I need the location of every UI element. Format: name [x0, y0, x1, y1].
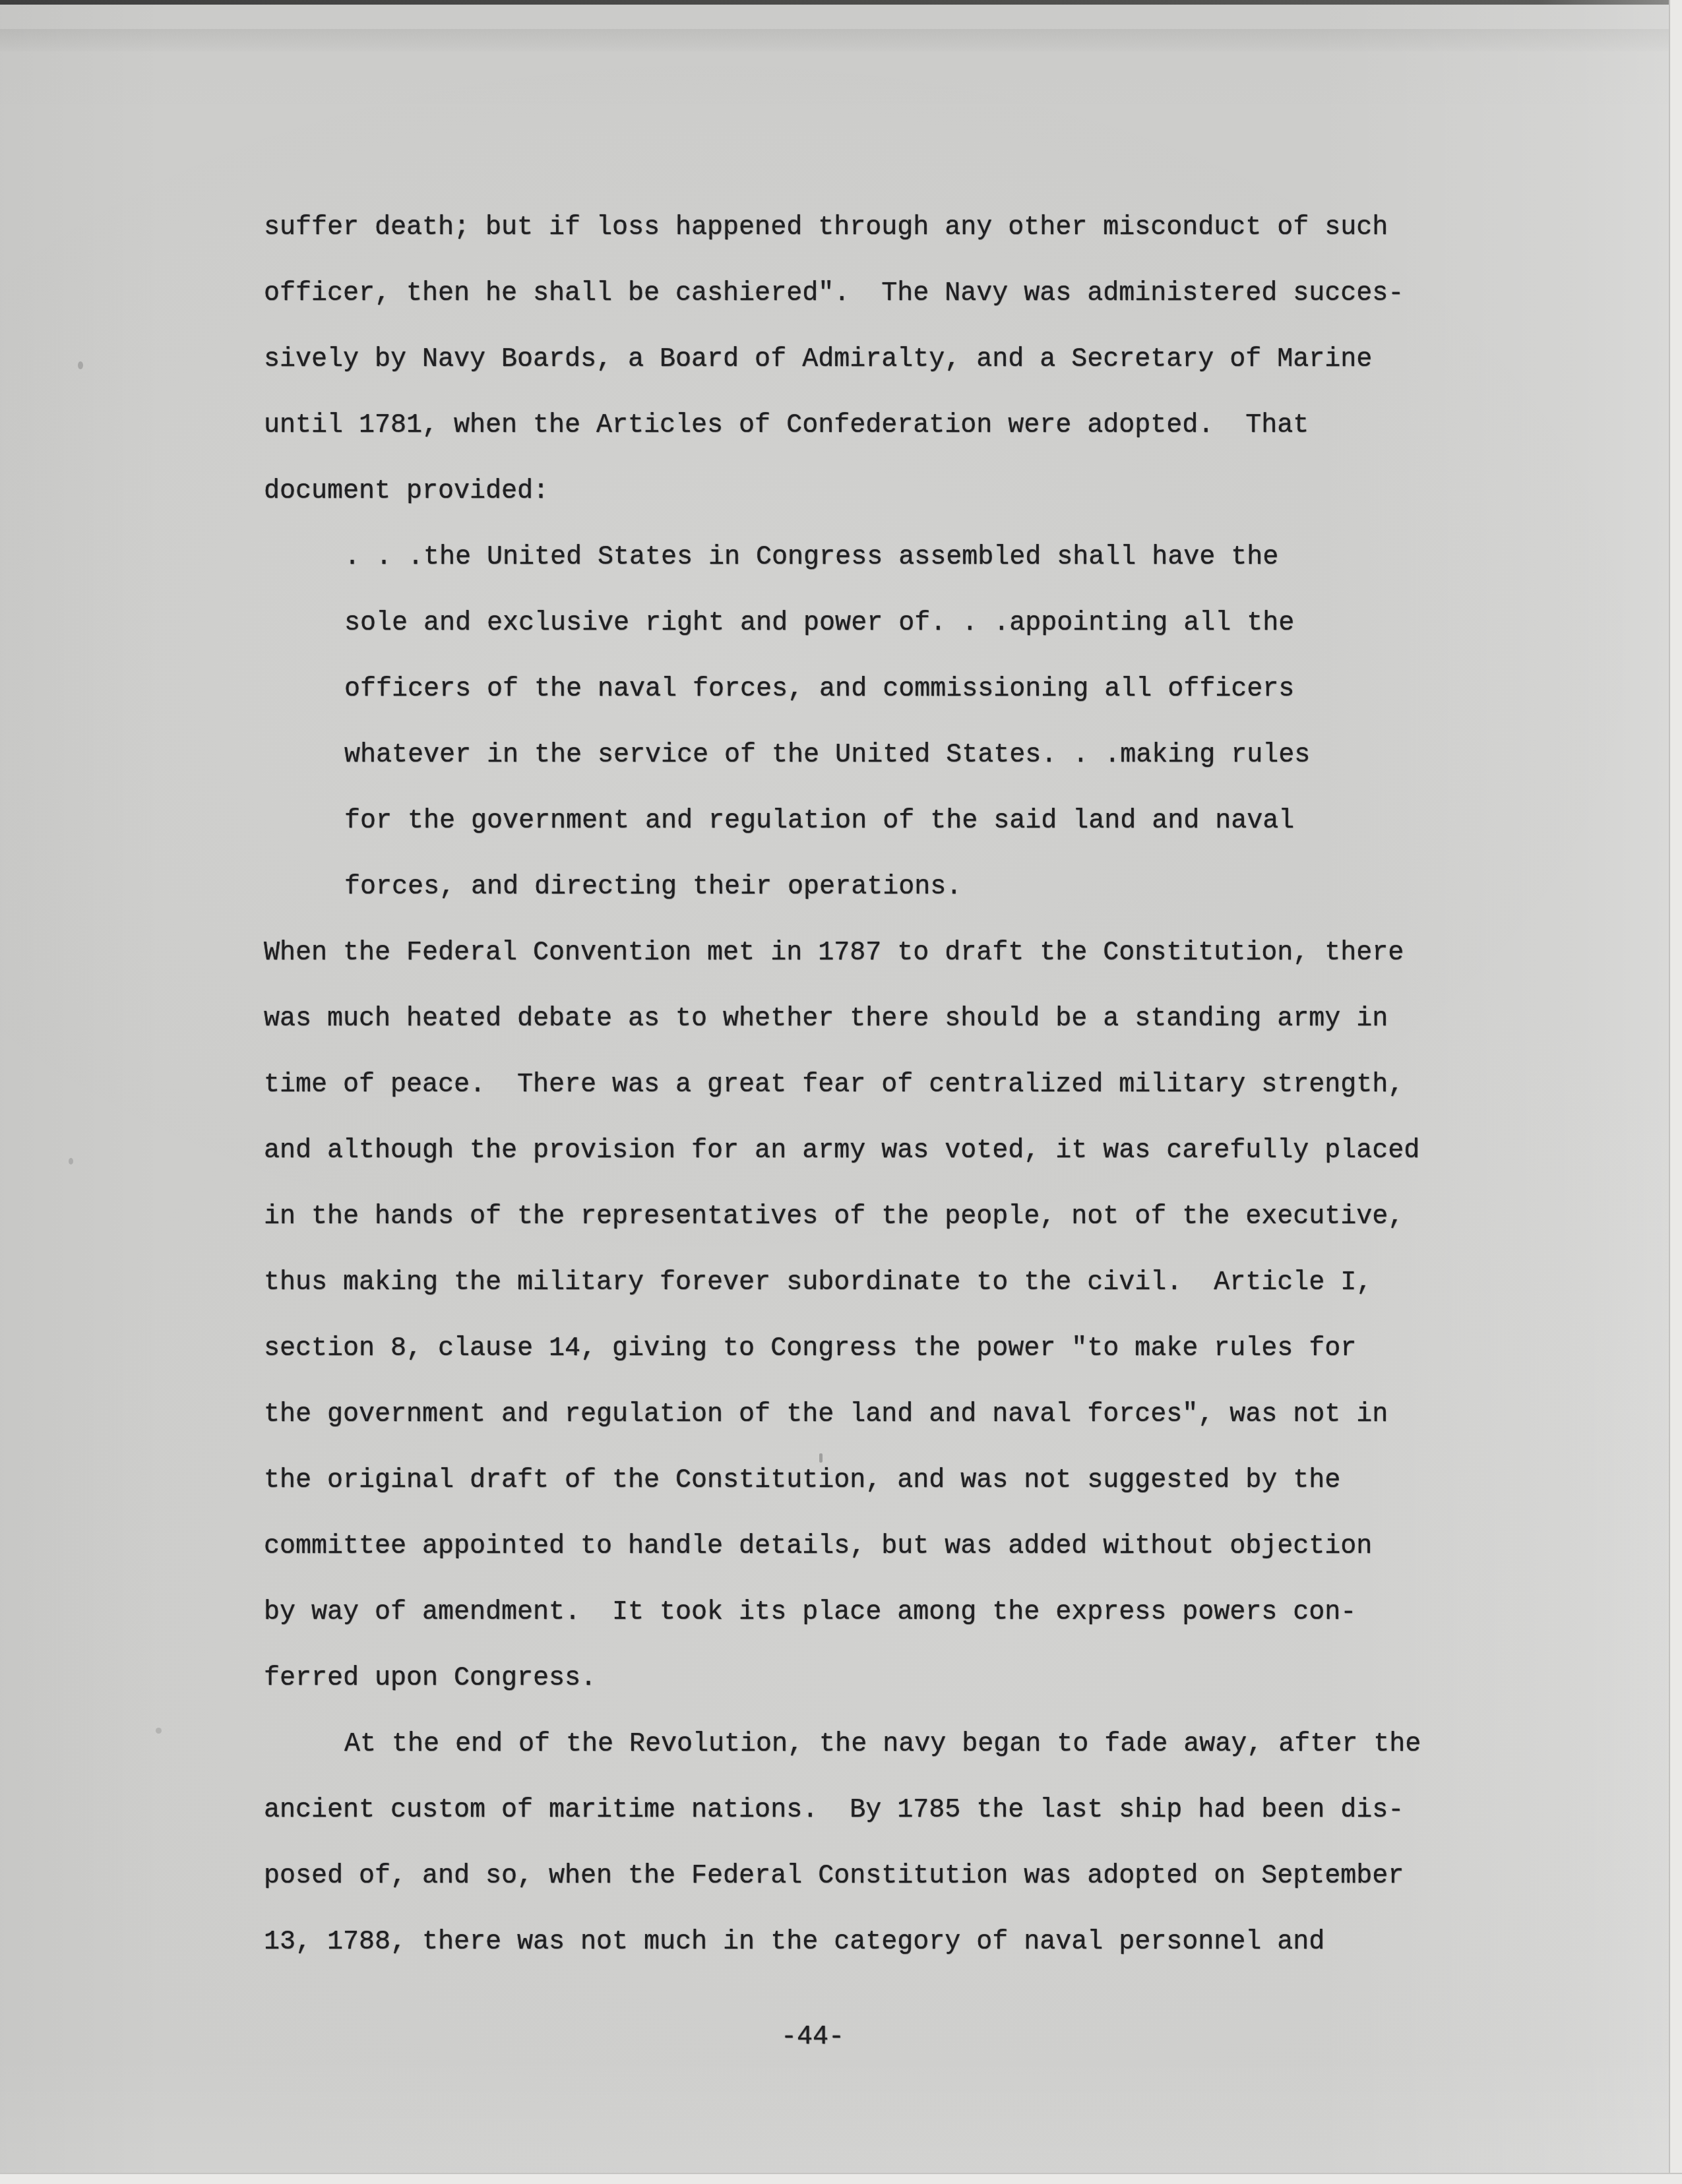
text-line: ancient custom of maritime nations. By 1…: [264, 1778, 1491, 1844]
text-line: and although the provision for an army w…: [264, 1118, 1491, 1184]
text-line: in the hands of the representatives of t…: [264, 1184, 1491, 1250]
text-line: section 8, clause 14, giving to Congress…: [264, 1316, 1491, 1382]
quote-line: . . .the United States in Congress assem…: [344, 525, 1491, 591]
scan-speck: [156, 1728, 162, 1734]
scanned-page: suffer death; but if loss happened throu…: [0, 0, 1682, 2184]
quote-line: for the government and regulation of the…: [344, 789, 1491, 855]
scan-edge-bottom: [0, 2173, 1682, 2184]
paragraph-convention: When the Federal Convention met in 1787 …: [264, 921, 1491, 1712]
text-line: At the end of the Revolution, the navy b…: [264, 1712, 1491, 1778]
text-line: posed of, and so, when the Federal Const…: [264, 1844, 1491, 1910]
text-line: until 1781, when the Articles of Confede…: [264, 393, 1491, 459]
scanner-edge-top: [0, 0, 1671, 5]
quote-line: forces, and directing their operations.: [344, 855, 1491, 921]
scan-speck: [78, 361, 83, 369]
quote-line: officers of the naval forces, and commis…: [344, 657, 1491, 723]
text-line: the government and regulation of the lan…: [264, 1382, 1491, 1448]
scan-edge-right: [1669, 0, 1682, 2184]
paper-shading-band: [0, 29, 1682, 51]
page-number: -44-: [760, 2019, 865, 2056]
text-line: time of peace. There was a great fear of…: [264, 1052, 1491, 1118]
text-line: committee appointed to handle details, b…: [264, 1514, 1491, 1580]
text-line: was much heated debate as to whether the…: [264, 986, 1491, 1052]
typed-text: suffer death; but if loss happened throu…: [264, 195, 1491, 1976]
text-line: the original draft of the Constitution, …: [264, 1448, 1491, 1514]
text-line: officer, then he shall be cashiered". Th…: [264, 261, 1491, 327]
quote-line: whatever in the service of the United St…: [344, 723, 1491, 789]
text-line: When the Federal Convention met in 1787 …: [264, 921, 1491, 986]
block-quote: . . .the United States in Congress assem…: [344, 525, 1491, 921]
text-line: sively by Navy Boards, a Board of Admira…: [264, 327, 1491, 393]
paragraph-revolution-end: At the end of the Revolution, the navy b…: [264, 1712, 1491, 1976]
quote-line: sole and exclusive right and power of. .…: [344, 591, 1491, 657]
text-line: 13, 1788, there was not much in the cate…: [264, 1910, 1491, 1976]
paragraph-continued: suffer death; but if loss happened throu…: [264, 195, 1491, 525]
text-line: ferred upon Congress.: [264, 1646, 1491, 1712]
text-line: document provided:: [264, 459, 1491, 525]
text-line: by way of amendment. It took its place a…: [264, 1580, 1491, 1646]
text-line: suffer death; but if loss happened throu…: [264, 195, 1491, 261]
scan-speck: [69, 1158, 73, 1165]
text-line: thus making the military forever subordi…: [264, 1250, 1491, 1316]
